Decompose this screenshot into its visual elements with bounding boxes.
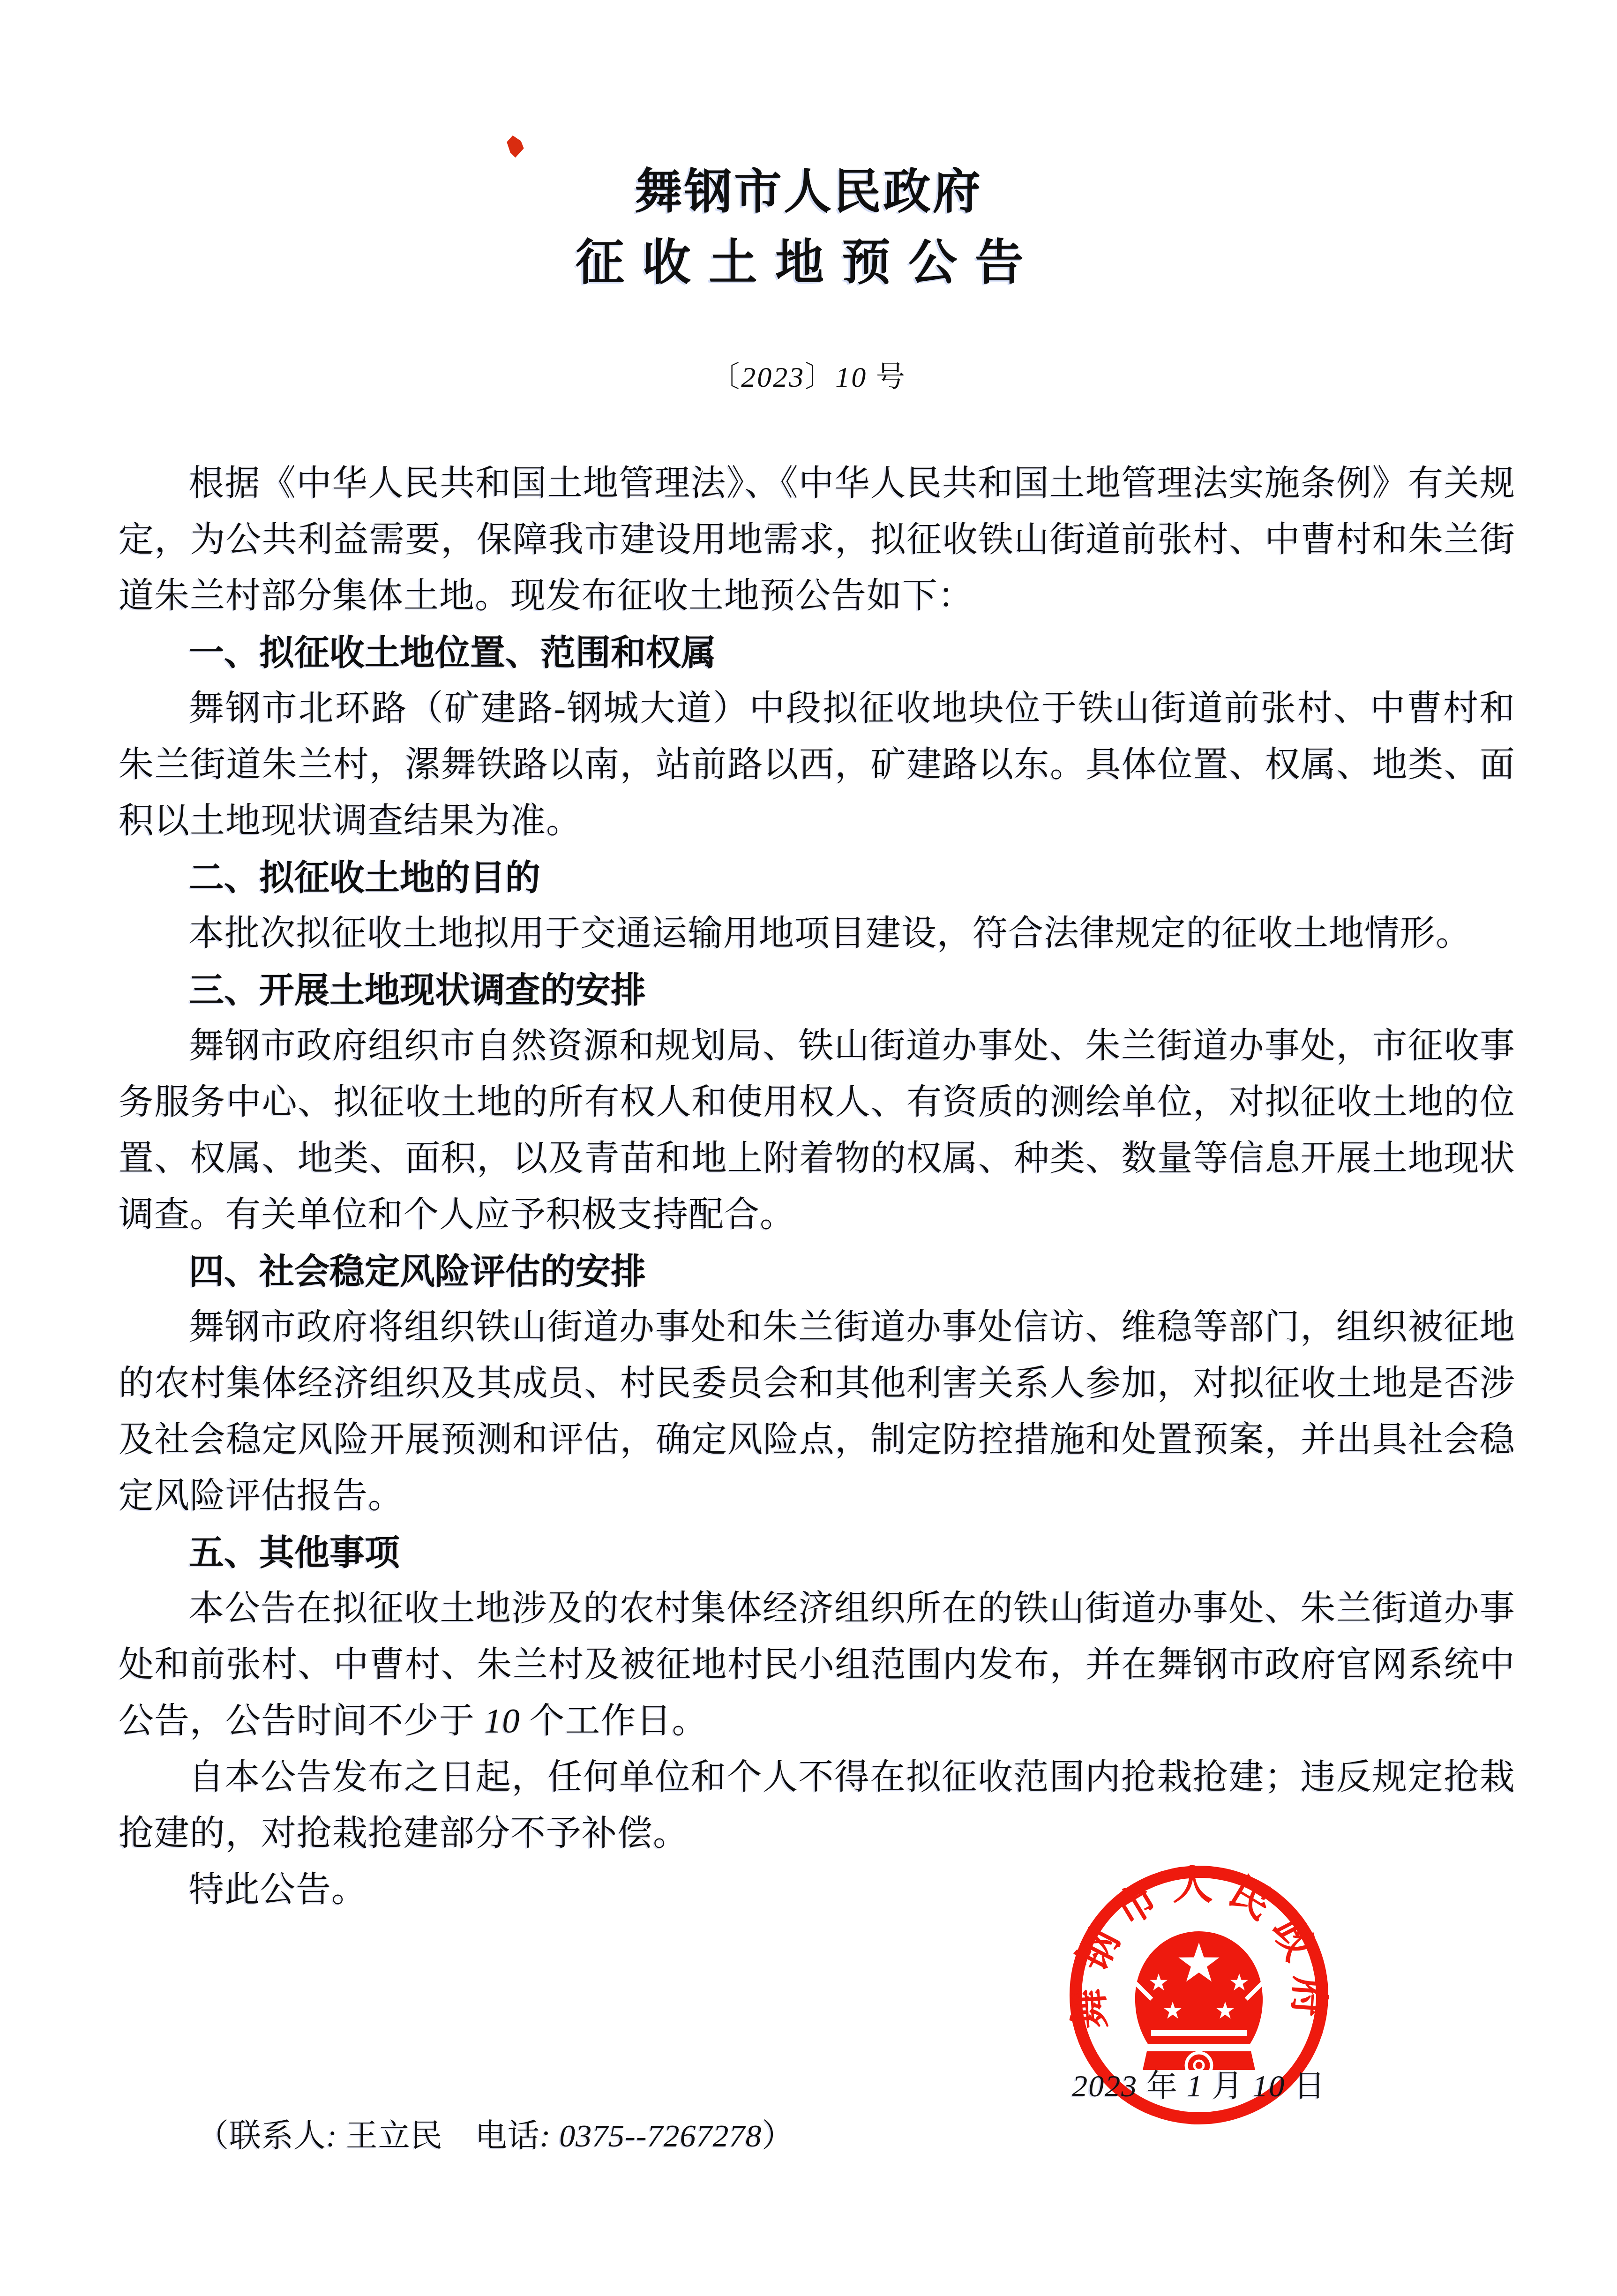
issue-date: 2023 年 1 月 10 日 xyxy=(1054,2061,1344,2105)
document-title: 舞钢市人民政府 xyxy=(0,154,1617,222)
section-heading-5: 五、其他事项 xyxy=(119,1524,1515,1581)
body-paragraph-section-5b: 自本公告发布之日起，任何单位和个人不得在拟征收范围内抢栽抢建；违反规定抢栽抢建的… xyxy=(119,1749,1515,1862)
body-paragraph-section-4: 舞钢市政府将组织铁山街道办事处和朱兰街道办事处信访、维稳等部门，组织被征地的农村… xyxy=(119,1299,1515,1524)
document-number: 〔2023〕10 号 xyxy=(0,353,1617,395)
section-heading-2: 二、拟征收土地的目的 xyxy=(119,849,1515,906)
scanned-document-page: 舞钢市人民政府 征收土地预公告 〔2023〕10 号 根据《中华人民共和国土地管… xyxy=(0,0,1617,2296)
body-paragraph-section-2: 本批次拟征收土地拟用于交通运输用地项目建设，符合法律规定的征收土地情形。 xyxy=(119,906,1515,962)
document-subtitle: 征收土地预公告 xyxy=(0,223,1617,293)
body-paragraph-intro: 根据《中华人民共和国土地管理法》、《中华人民共和国土地管理法实施条例》有关规定，… xyxy=(119,456,1515,624)
section-heading-1: 一、拟征收土地位置、范围和权属 xyxy=(119,624,1515,681)
section-heading-4: 四、社会稳定风险评估的安排 xyxy=(119,1243,1515,1299)
section-heading-3: 三、开展土地现状调查的安排 xyxy=(119,962,1515,1018)
body-paragraph-section-1: 舞钢市北环路（矿建路-钢城大道）中段拟征收地块位于铁山街道前张村、中曹村和朱兰街… xyxy=(119,681,1515,849)
contact-info: （联系人: 王立民 电话: 0375--7267278） xyxy=(197,2110,794,2156)
body-paragraph-section-3: 舞钢市政府组织市自然资源和规划局、铁山街道办事处、朱兰街道办事处，市征收事务服务… xyxy=(119,1018,1515,1243)
document-body: 根据《中华人民共和国土地管理法》、《中华人民共和国土地管理法实施条例》有关规定，… xyxy=(119,456,1515,1918)
national-emblem-icon xyxy=(1131,1931,1267,2078)
body-paragraph-section-5a: 本公告在拟征收土地涉及的农村集体经济组织所在的铁山街道办事处、朱兰街道办事处和前… xyxy=(119,1581,1515,1749)
